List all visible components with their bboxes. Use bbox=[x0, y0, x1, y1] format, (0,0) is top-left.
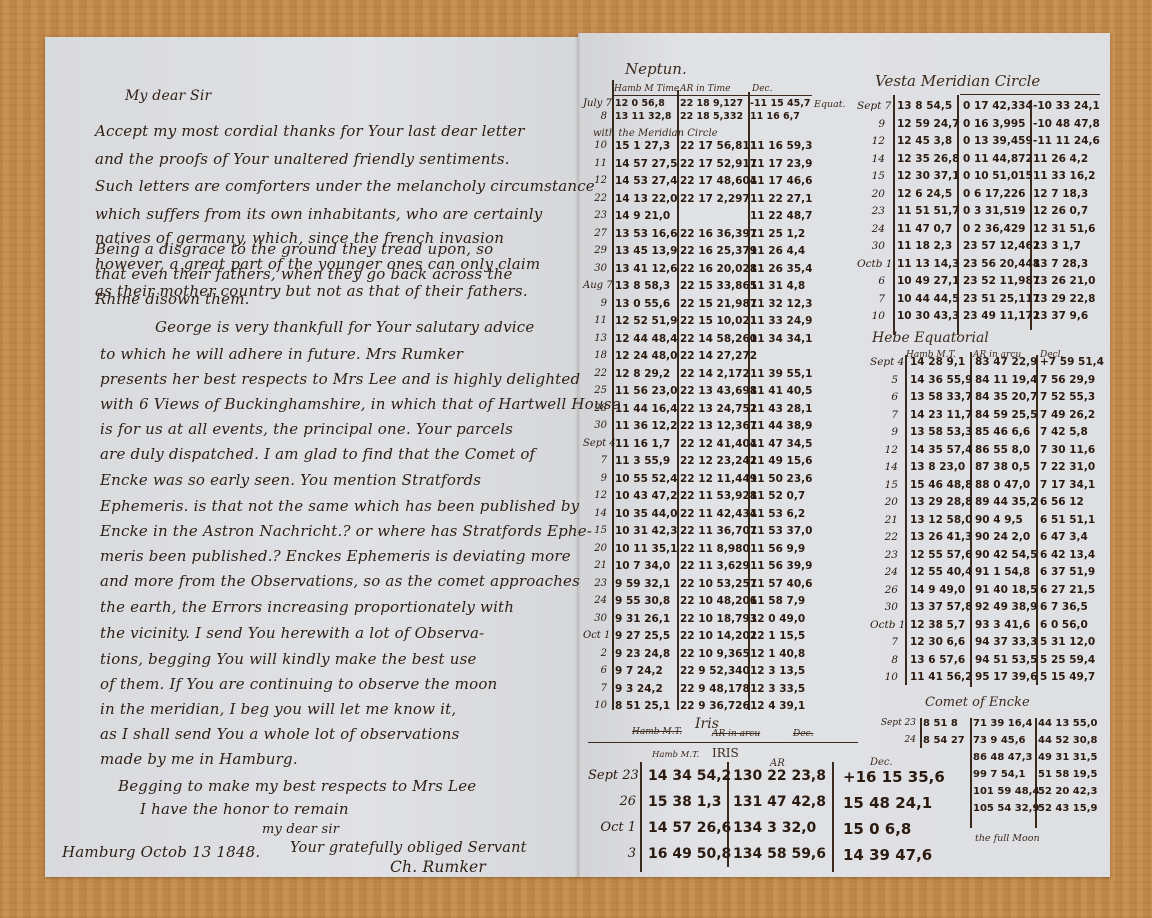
hebe-cell-dec: 6 47 3,4 bbox=[1040, 531, 1088, 543]
encke-cell-dec: 52 43 15,9 bbox=[1038, 803, 1097, 814]
iris-cell-ar: 131 47 42,8 bbox=[733, 794, 826, 810]
center-fold bbox=[578, 33, 582, 877]
neptune-cell-date: 18 bbox=[583, 350, 607, 361]
neptune-cell-date: 13 bbox=[583, 333, 607, 344]
neptune-cell-time: 14 57 27,5 bbox=[615, 158, 677, 170]
iris-cell-date: 3 bbox=[588, 846, 636, 861]
neptune-cell-date: 7 bbox=[583, 683, 607, 694]
hebe-cell-ar: 83 47 22,9 bbox=[975, 356, 1037, 368]
iris-cell-time: 14 57 26,6 bbox=[648, 820, 731, 836]
encke-cell-date: Sept 23 bbox=[870, 718, 916, 728]
hebe-cell-time: 15 46 48,8 bbox=[910, 479, 972, 491]
place-date: Hamburg Octob 13 1848. bbox=[62, 843, 260, 861]
hebe-cell-ar: 84 35 20,7 bbox=[975, 391, 1037, 403]
hebe-cell-time: 14 28 9,1 bbox=[910, 356, 965, 368]
letter-line: Rhine disown them. bbox=[95, 290, 250, 308]
neptune-cell-date: 2 bbox=[583, 648, 607, 659]
encke-cell-time: 8 54 27 bbox=[923, 735, 965, 746]
neptune-cell-date: 15 bbox=[583, 525, 607, 536]
vesta-cell-ar: 0 2 36,429 bbox=[963, 223, 1025, 235]
vesta-title: Vesta Meridian Circle bbox=[875, 72, 1040, 90]
letter-line: of them. If You are continuing to observ… bbox=[100, 675, 497, 693]
neptune-header-dec: Dec. bbox=[752, 84, 772, 94]
vesta-cell-date: 20 bbox=[857, 188, 885, 200]
hebe-cell-date: 9 bbox=[870, 426, 898, 438]
hebe-cell-ar: 84 11 19,4 bbox=[975, 374, 1037, 386]
hebe-cell-date: 20 bbox=[870, 496, 898, 508]
full-moon-note: the full Moon bbox=[975, 833, 1040, 844]
encke-cell-ar: 101 59 48,4 bbox=[973, 786, 1039, 797]
letter-line: Encke was so early seen. You mention Str… bbox=[100, 471, 481, 489]
hebe-cell-dec: 7 42 5,8 bbox=[1040, 426, 1088, 438]
letter-line: Accept my most cordial thanks for Your l… bbox=[95, 122, 525, 140]
vesta-cell-dec: 11 33 16,2 bbox=[1033, 170, 1095, 182]
iris-box-title: IRIS bbox=[712, 746, 739, 760]
neptune-cell-time: 14 9 21,0 bbox=[615, 210, 670, 222]
neptune-cell-ar: 22 9 36,726 bbox=[680, 700, 750, 712]
neptune-cell-dec: 11 22 48,7 bbox=[750, 210, 812, 222]
letter-line: made by me in Hamburg. bbox=[100, 750, 298, 768]
hebe-cell-date: 14 bbox=[870, 461, 898, 473]
neptune-cell-dec: 11 17 23,9 bbox=[750, 158, 812, 170]
letter-line: Encke in the Astron Nachricht.? or where… bbox=[100, 522, 592, 540]
salutation: My dear Sir bbox=[125, 88, 211, 104]
neptune-cell-dec: 12 0 49,0 bbox=[750, 613, 805, 625]
hebe-cell-time: 12 55 40,4 bbox=[910, 566, 972, 578]
neptune-cell-dec: 11 43 28,1 bbox=[750, 403, 812, 415]
neptune-cell-time: 9 23 24,8 bbox=[615, 648, 670, 660]
vesta-cell-time: 12 6 24,5 bbox=[897, 188, 952, 200]
vesta-cell-date: 6 bbox=[857, 275, 885, 287]
hebe-cell-time: 14 36 55,9 bbox=[910, 374, 972, 386]
neptune-cell-dec: 12 1 15,5 bbox=[750, 630, 805, 642]
closing-my-dear-sir: my dear sir bbox=[262, 822, 339, 837]
neptune-cell-dec: 11 34 34,1 bbox=[750, 333, 812, 345]
vesta-cell-ar: 23 51 25,117 bbox=[963, 293, 1040, 305]
neptune-cell-time: 11 56 23,0 bbox=[615, 385, 677, 397]
neptune-cell-ar: 22 18 5,332 bbox=[680, 111, 743, 122]
neptune-cell-time: 13 0 55,6 bbox=[615, 298, 670, 310]
hebe-cell-ar: 90 24 2,0 bbox=[975, 531, 1030, 543]
iris-cell-dec: 15 48 24,1 bbox=[843, 794, 932, 812]
iris-cell-dec: 14 39 47,6 bbox=[843, 846, 932, 864]
letter-line: meris been published.? Enckes Ephemeris … bbox=[100, 547, 571, 565]
vesta-cell-time: 13 8 54,5 bbox=[897, 100, 952, 112]
neptune-cell-ar: 22 17 48,604 bbox=[680, 175, 757, 187]
hebe-cell-date: 10 bbox=[870, 671, 898, 683]
neptune-cell-date: 21 bbox=[583, 560, 607, 571]
hebe-cell-time: 13 58 53,3 bbox=[910, 426, 972, 438]
neptune-cell-date: 12 bbox=[583, 175, 607, 186]
neptune-cell-dec: 11 41 40,5 bbox=[750, 385, 812, 397]
letter-line: Ephemeris. is that not the same which ha… bbox=[100, 497, 579, 515]
neptune-cell-dec: 12 1 40,8 bbox=[750, 648, 805, 660]
neptune-cell-time: 12 44 48,4 bbox=[615, 333, 677, 345]
vesta-cell-ar: 23 56 20,448 bbox=[963, 258, 1040, 270]
neptune-cell-dec: 11 53 6,2 bbox=[750, 508, 805, 520]
neptune-cell-date: Aug 7 bbox=[583, 280, 607, 291]
hebe-cell-date: 7 bbox=[870, 636, 898, 648]
neptune-cell-dec: 11 26 35,4 bbox=[750, 263, 812, 275]
neptune-cell-dec: 11 33 24,9 bbox=[750, 315, 812, 327]
vesta-cell-date: 7 bbox=[857, 293, 885, 305]
neptune-cell-time: 13 45 13,9 bbox=[615, 245, 677, 257]
hebe-cell-dec: 6 0 56,0 bbox=[1040, 619, 1088, 631]
neptune-cell-dec: 11 44 38,9 bbox=[750, 420, 812, 432]
vesta-cell-ar: 0 6 17,226 bbox=[963, 188, 1025, 200]
neptune-cell-dec: 11 56 39,9 bbox=[750, 560, 812, 572]
neptune-cell-ar: 22 15 10,021 bbox=[680, 315, 757, 327]
encke-cell-ar: 71 39 16,4 bbox=[973, 718, 1032, 729]
letter-line: in the meridian, I beg you will let me k… bbox=[100, 700, 456, 718]
neptune-cell-time: 9 59 32,1 bbox=[615, 578, 670, 590]
vesta-cell-dec: -10 48 47,8 bbox=[1033, 118, 1100, 130]
neptune-cell-ar: 22 10 48,206 bbox=[680, 595, 757, 607]
neptune-cell-ar: 22 10 14,202 bbox=[680, 630, 757, 642]
neptune-cell-time: 11 36 12,2 bbox=[615, 420, 677, 432]
letter-line: Being a disgrace to the ground they trea… bbox=[95, 240, 493, 258]
neptune-cell-time: 14 13 22,0 bbox=[615, 193, 677, 205]
neptune-cell-time: 11 3 55,9 bbox=[615, 455, 670, 467]
encke-cell-dec: 44 52 30,8 bbox=[1038, 735, 1097, 746]
vesta-cell-ar: 0 17 42,334 bbox=[963, 100, 1033, 112]
vesta-cell-dec: 13 29 22,8 bbox=[1033, 293, 1095, 305]
neptune-cell-date: 6 bbox=[583, 665, 607, 676]
neptune-cell-ar: 22 15 21,987 bbox=[680, 298, 757, 310]
neptune-cell-date: 27 bbox=[583, 228, 607, 239]
neptune-cell-time: 12 24 48,0 bbox=[615, 350, 677, 362]
neptune-title: Neptun. bbox=[625, 60, 687, 78]
neptune-cell-ar: 22 9 48,178 bbox=[680, 683, 750, 695]
encke-cell-dec: 49 31 31,5 bbox=[1038, 752, 1097, 763]
hebe-cell-dec: 7 49 26,2 bbox=[1040, 409, 1095, 421]
neptune-cell-ar: 22 16 25,379 bbox=[680, 245, 757, 257]
neptune-cell-time: 9 7 24,2 bbox=[615, 665, 663, 677]
hebe-cell-ar: 90 42 54,5 bbox=[975, 549, 1037, 561]
hebe-cell-dec: 6 56 12 bbox=[1040, 496, 1084, 508]
hebe-cell-dec: 7 52 55,3 bbox=[1040, 391, 1095, 403]
neptune-cell-date: 12 bbox=[583, 490, 607, 501]
iris-struck-header-time: Hamb M.T. bbox=[632, 727, 682, 737]
hebe-cell-dec: 7 30 11,6 bbox=[1040, 444, 1095, 456]
iris-cell-dec: 15 0 6,8 bbox=[843, 820, 911, 838]
neptune-cell-time: 15 1 27,3 bbox=[615, 140, 670, 152]
neptune-cell-dec: -11 15 45,7 bbox=[750, 98, 810, 109]
encke-cell-ar: 105 54 32,9 bbox=[973, 803, 1039, 814]
neptune-cell-dec: 11 47 34,5 bbox=[750, 438, 812, 450]
neptune-cell-time: 8 51 25,1 bbox=[615, 700, 670, 712]
neptune-cell-time: 14 53 27,4 bbox=[615, 175, 677, 187]
vesta-cell-date: 12 bbox=[857, 135, 885, 147]
neptune-header-ar: AR in Time bbox=[680, 84, 730, 94]
neptune-cell-ar: 22 11 8,980 bbox=[680, 543, 750, 555]
neptune-cell-date: 28 bbox=[583, 403, 607, 414]
letter-line: with 6 Views of Buckinghamshire, in whic… bbox=[100, 395, 621, 413]
iris-cell-date: 26 bbox=[588, 794, 636, 809]
letter-line: tions, begging You will kindly make the … bbox=[100, 650, 477, 668]
letter-line: that even their fathers, when they go ba… bbox=[95, 265, 513, 283]
hebe-cell-ar: 95 17 39,6 bbox=[975, 671, 1037, 683]
vesta-cell-dec: 12 26 0,7 bbox=[1033, 205, 1088, 217]
hebe-cell-dec: 5 31 12,0 bbox=[1040, 636, 1095, 648]
neptune-cell-ar: 22 17 56,811 bbox=[680, 140, 757, 152]
neptune-cell-ar: 22 12 41,404 bbox=[680, 438, 757, 450]
hebe-cell-dec: 6 27 21,5 bbox=[1040, 584, 1095, 596]
vesta-cell-dec: 13 37 9,6 bbox=[1033, 310, 1088, 322]
hebe-cell-ar: 88 0 47,0 bbox=[975, 479, 1030, 491]
hebe-cell-time: 14 23 11,7 bbox=[910, 409, 972, 421]
hebe-cell-date: 7 bbox=[870, 409, 898, 421]
neptune-cell-time: 9 3 24,2 bbox=[615, 683, 663, 695]
neptune-cell-time: 12 8 29,2 bbox=[615, 368, 670, 380]
vesta-cell-ar: 0 16 3,995 bbox=[963, 118, 1025, 130]
encke-cell-date: 24 bbox=[870, 735, 916, 745]
hebe-cell-time: 13 8 23,0 bbox=[910, 461, 965, 473]
letter-line: the vicinity. I send You herewith a lot … bbox=[100, 624, 484, 642]
iris-cell-time: 14 34 54,2 bbox=[648, 768, 731, 784]
iris-struck-header-dec: Dec. bbox=[793, 729, 813, 739]
vesta-cell-ar: 0 3 31,519 bbox=[963, 205, 1025, 217]
neptune-cell-ar: 22 9 52,340 bbox=[680, 665, 750, 677]
neptune-cell-time: 9 55 30,8 bbox=[615, 595, 670, 607]
letter-line: presents her best respects to Mrs Lee an… bbox=[100, 370, 580, 388]
vesta-cell-time: 12 30 37,1 bbox=[897, 170, 959, 182]
hebe-cell-date: Sept 4 bbox=[870, 356, 898, 368]
neptune-cell-dec: 11 22 27,1 bbox=[750, 193, 812, 205]
neptune-cell-date: Oct 1 bbox=[583, 630, 607, 641]
neptune-cell-dec: 11 58 7,9 bbox=[750, 595, 805, 607]
hebe-cell-date: 6 bbox=[870, 391, 898, 403]
vesta-cell-date: Octb 1 bbox=[857, 258, 885, 270]
neptune-cell-date: 24 bbox=[583, 595, 607, 606]
vesta-cell-date: 10 bbox=[857, 310, 885, 322]
neptune-cell-date: 7 bbox=[583, 455, 607, 466]
neptune-cell-date: 9 bbox=[583, 298, 607, 309]
letter-line: which suffers from its own inhabitants, … bbox=[95, 205, 542, 223]
neptune-cell-ar: 22 10 9,365 bbox=[680, 648, 750, 660]
hebe-title: Hebe Equatorial bbox=[872, 330, 989, 346]
neptune-cell-dec: 11 31 4,8 bbox=[750, 280, 805, 292]
neptune-cell-time: 13 41 12,6 bbox=[615, 263, 677, 275]
neptune-cell-time: 9 31 26,1 bbox=[615, 613, 670, 625]
vesta-cell-time: 10 44 44,5 bbox=[897, 293, 959, 305]
neptune-cell-ar: 22 16 20,028 bbox=[680, 263, 757, 275]
vesta-cell-date: 15 bbox=[857, 170, 885, 182]
neptune-cell-time: 9 27 25,5 bbox=[615, 630, 670, 642]
letter-line: I have the honor to remain bbox=[140, 800, 349, 818]
neptune-cell-ar: 22 13 24,752 bbox=[680, 403, 757, 415]
letter-line: and the proofs of Your unaltered friendl… bbox=[95, 150, 510, 168]
neptune-cell-time: 10 31 42,3 bbox=[615, 525, 677, 537]
neptune-cell-ar: 22 11 53,928 bbox=[680, 490, 757, 502]
hebe-cell-ar: 84 59 25,5 bbox=[975, 409, 1037, 421]
letter-line: are duly dispatched. I am glad to find t… bbox=[100, 445, 535, 463]
vesta-cell-ar: 0 11 44,872 bbox=[963, 153, 1033, 165]
iris-cell-ar: 134 58 59,6 bbox=[733, 846, 826, 862]
hebe-cell-time: 13 58 33,7 bbox=[910, 391, 972, 403]
vesta-cell-date: 23 bbox=[857, 205, 885, 217]
vesta-cell-time: 10 49 27,1 bbox=[897, 275, 959, 287]
neptune-header-time: Hamb M Time bbox=[614, 84, 679, 94]
hebe-cell-ar: 91 40 18,5 bbox=[975, 584, 1037, 596]
neptune-cell-date: 29 bbox=[583, 245, 607, 256]
hebe-cell-ar: 94 37 33,3 bbox=[975, 636, 1037, 648]
neptune-cell-time: 12 52 51,9 bbox=[615, 315, 677, 327]
vesta-cell-ar: 23 49 11,172 bbox=[963, 310, 1040, 322]
neptune-cell-ar: 22 17 52,917 bbox=[680, 158, 757, 170]
vesta-cell-ar: 0 13 39,459 bbox=[963, 135, 1033, 147]
neptune-cell-date: 22 bbox=[583, 368, 607, 379]
neptune-cell-date: 25 bbox=[583, 385, 607, 396]
neptune-cell-date: 11 bbox=[583, 315, 607, 326]
letter-line: the earth, the Errors increasing proport… bbox=[100, 598, 514, 616]
signature: Ch. Rumker bbox=[390, 858, 486, 876]
neptune-cell-date: July 7 bbox=[583, 98, 607, 109]
encke-cell-dec: 51 58 19,5 bbox=[1038, 769, 1097, 780]
hebe-cell-date: 15 bbox=[870, 479, 898, 491]
neptune-cell-ar: 22 15 33,865 bbox=[680, 280, 757, 292]
iris-cell-time: 16 49 50,8 bbox=[648, 846, 731, 862]
neptune-cell-dec: 11 56 9,9 bbox=[750, 543, 805, 555]
neptune-cell-ar: 22 14 27,272 bbox=[680, 350, 757, 362]
neptune-cell-date: 8 bbox=[583, 111, 607, 122]
neptune-cell-ar: 22 18 9,127 bbox=[680, 98, 743, 109]
neptune-cell-dec: 12 3 13,5 bbox=[750, 665, 805, 677]
neptune-cell-date: 10 bbox=[583, 140, 607, 151]
letter-line: is for us at all events, the principal o… bbox=[100, 420, 513, 438]
vesta-cell-time: 12 59 24,7 bbox=[897, 118, 959, 130]
vesta-cell-date: 9 bbox=[857, 118, 885, 130]
hebe-cell-ar: 92 49 38,9 bbox=[975, 601, 1037, 613]
iris-cell-dec: +16 15 35,6 bbox=[843, 768, 945, 786]
encke-cell-dec: 44 13 55,0 bbox=[1038, 718, 1097, 729]
iris-cell-ar: 134 3 32,0 bbox=[733, 820, 816, 836]
letter-line: Begging to make my best respects to Mrs … bbox=[118, 777, 476, 795]
neptune-cell-ar: 22 11 36,707 bbox=[680, 525, 757, 537]
vesta-cell-dec: 13 7 28,3 bbox=[1033, 258, 1088, 270]
hebe-cell-ar: 89 44 35,2 bbox=[975, 496, 1037, 508]
hebe-cell-ar: 91 1 54,8 bbox=[975, 566, 1030, 578]
neptune-cell-time: 11 44 16,4 bbox=[615, 403, 677, 415]
letter-line: George is very thankfull for Your saluta… bbox=[155, 318, 534, 336]
iris-struck-header-ar: AR in arcu bbox=[712, 729, 760, 739]
neptune-cell-date: 22 bbox=[583, 193, 607, 204]
neptune-cell-dec: 11 53 37,0 bbox=[750, 525, 812, 537]
neptune-cell-date: 10 bbox=[583, 700, 607, 711]
hebe-cell-date: Octb 1 bbox=[870, 619, 898, 631]
iris-cell-time: 15 38 1,3 bbox=[648, 794, 722, 810]
neptune-cell-dec: 12 4 39,1 bbox=[750, 700, 805, 712]
vesta-cell-dec: 13 26 21,0 bbox=[1033, 275, 1095, 287]
iris-cell-date: Oct 1 bbox=[588, 820, 636, 835]
hebe-cell-date: 26 bbox=[870, 584, 898, 596]
neptune-cell-date: Sept 4 bbox=[583, 438, 607, 449]
hebe-cell-date: 30 bbox=[870, 601, 898, 613]
hebe-cell-time: 12 55 57,6 bbox=[910, 549, 972, 561]
neptune-cell-ar: 22 11 3,629 bbox=[680, 560, 750, 572]
vesta-cell-dec: 13 3 1,7 bbox=[1033, 240, 1081, 252]
neptune-cell-dec: 11 16 6,7 bbox=[750, 111, 800, 122]
hebe-cell-time: 12 38 5,7 bbox=[910, 619, 965, 631]
vesta-cell-time: 11 13 14,3 bbox=[897, 258, 959, 270]
hebe-cell-dec: 7 56 29,9 bbox=[1040, 374, 1095, 386]
neptune-cell-time: 13 11 32,8 bbox=[615, 111, 672, 122]
hebe-cell-dec: 6 51 51,1 bbox=[1040, 514, 1095, 526]
vesta-cell-date: 24 bbox=[857, 223, 885, 235]
encke-cell-time: 8 51 8 bbox=[923, 718, 958, 729]
neptune-cell-dec: 11 39 55,1 bbox=[750, 368, 812, 380]
hebe-cell-dec: 5 15 49,7 bbox=[1040, 671, 1095, 683]
neptune-cell-dec: 11 17 46,6 bbox=[750, 175, 812, 187]
neptune-cell-time: 11 16 1,7 bbox=[615, 438, 670, 450]
neptune-cell-ar: 22 13 43,698 bbox=[680, 385, 757, 397]
neptune-equatorial-note: Equat. bbox=[814, 99, 846, 110]
neptune-cell-ar: 22 10 53,257 bbox=[680, 578, 757, 590]
hebe-cell-time: 14 35 57,4 bbox=[910, 444, 972, 456]
hebe-cell-ar: 86 55 8,0 bbox=[975, 444, 1030, 456]
neptune-cell-time: 13 8 58,3 bbox=[615, 280, 670, 292]
neptune-cell-ar: 22 10 18,793 bbox=[680, 613, 757, 625]
hebe-cell-date: 23 bbox=[870, 549, 898, 561]
neptune-cell-dec: 11 16 59,3 bbox=[750, 140, 812, 152]
vesta-cell-time: 11 47 0,7 bbox=[897, 223, 952, 235]
hebe-cell-time: 12 30 6,6 bbox=[910, 636, 965, 648]
vesta-cell-time: 10 30 43,3 bbox=[897, 310, 959, 322]
neptune-cell-dec: 11 50 23,6 bbox=[750, 473, 812, 485]
hebe-cell-date: 22 bbox=[870, 531, 898, 543]
iris-header-time: Hamb M.T. bbox=[652, 750, 699, 760]
vesta-cell-dec: -11 11 24,6 bbox=[1033, 135, 1100, 147]
iris-header-dec: Dec. bbox=[870, 757, 893, 768]
letter-line: as I shall send You a whole lot of obser… bbox=[100, 725, 460, 743]
hebe-cell-dec: 6 37 51,9 bbox=[1040, 566, 1095, 578]
neptune-cell-ar: 22 14 2,172 bbox=[680, 368, 750, 380]
hebe-cell-time: 13 29 28,8 bbox=[910, 496, 972, 508]
hebe-cell-ar: 90 4 9,5 bbox=[975, 514, 1023, 526]
hebe-cell-dec: 7 22 31,0 bbox=[1040, 461, 1095, 473]
neptune-cell-dec: 11 57 40,6 bbox=[750, 578, 812, 590]
vesta-cell-time: 12 45 3,8 bbox=[897, 135, 952, 147]
hebe-cell-time: 13 26 41,3 bbox=[910, 531, 972, 543]
neptune-cell-ar: 22 12 11,449 bbox=[680, 473, 757, 485]
closing-servant: Your gratefully obliged Servant bbox=[290, 840, 527, 856]
neptune-cell-dec: 11 32 12,3 bbox=[750, 298, 812, 310]
neptune-cell-time: 10 7 34,0 bbox=[615, 560, 670, 572]
hebe-cell-dec: 6 7 36,5 bbox=[1040, 601, 1088, 613]
encke-cell-dec: 52 20 42,3 bbox=[1038, 786, 1097, 797]
iris-cell-ar: 130 22 23,8 bbox=[733, 768, 826, 784]
neptune-cell-date: 11 bbox=[583, 158, 607, 169]
hebe-cell-dec: 5 25 59,4 bbox=[1040, 654, 1095, 666]
neptune-cell-dec: 11 26 4,4 bbox=[750, 245, 805, 257]
vesta-cell-date: 30 bbox=[857, 240, 885, 252]
encke-cell-ar: 73 9 45,6 bbox=[973, 735, 1026, 746]
neptune-cell-date: 30 bbox=[583, 263, 607, 274]
vesta-cell-dec: 12 7 18,3 bbox=[1033, 188, 1088, 200]
hebe-cell-ar: 94 51 53,5 bbox=[975, 654, 1037, 666]
neptune-cell-ar: 22 16 36,397 bbox=[680, 228, 757, 240]
encke-cell-ar: 86 48 47,3 bbox=[973, 752, 1032, 763]
letter-line: and more from the Observations, so as th… bbox=[100, 572, 580, 590]
letter-line: to which he will adhere in future. Mrs R… bbox=[100, 345, 463, 363]
neptune-cell-time: 10 43 47,2 bbox=[615, 490, 677, 502]
hebe-cell-ar: 85 46 6,6 bbox=[975, 426, 1030, 438]
vesta-cell-ar: 23 52 11,987 bbox=[963, 275, 1040, 287]
letter-line: Such letters are comforters under the me… bbox=[95, 177, 595, 195]
hebe-cell-time: 13 6 57,6 bbox=[910, 654, 965, 666]
vesta-cell-time: 11 51 51,7 bbox=[897, 205, 959, 217]
hebe-cell-time: 13 37 57,8 bbox=[910, 601, 972, 613]
